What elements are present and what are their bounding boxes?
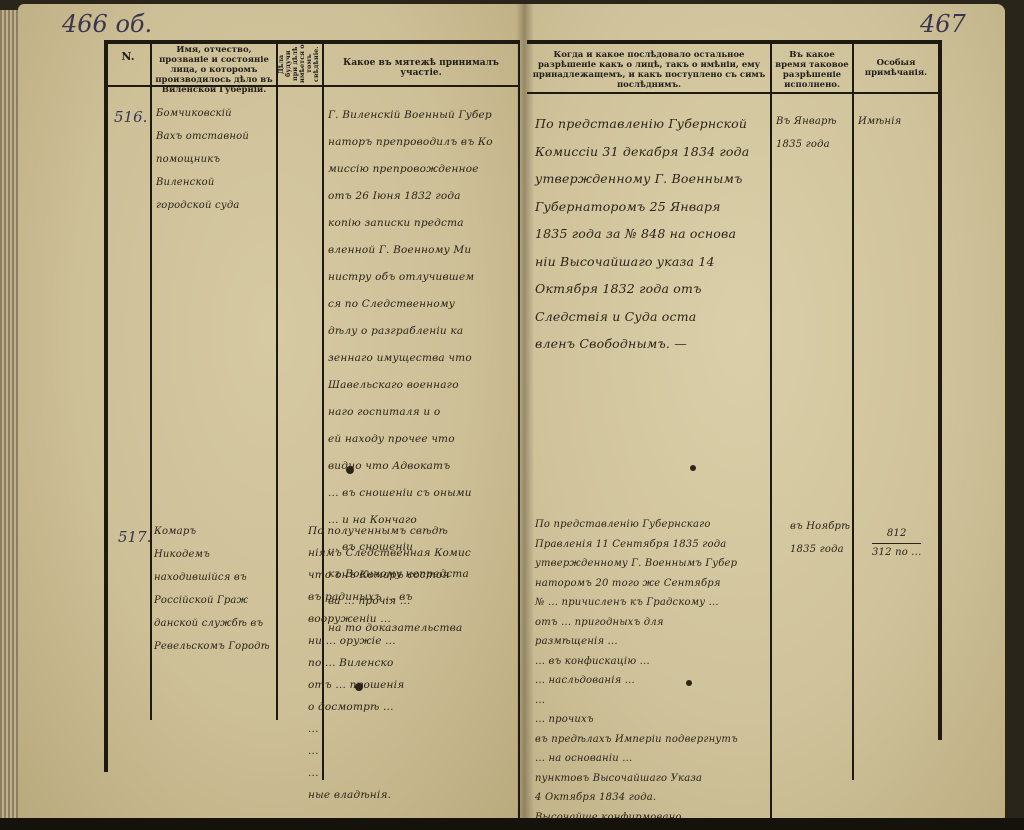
- text-line: ...: [308, 762, 471, 784]
- entry-name: Комаръ Никодемъ находившійся въ Россійск…: [154, 520, 270, 658]
- name-line: помощникъ: [156, 148, 249, 171]
- header-executed: Въ какое время таковое разрѣшеніе исполн…: [773, 50, 851, 90]
- header-participation: Какое въ мятежѣ принималъ участіе.: [326, 58, 516, 78]
- text-line: По представленію Губернской: [535, 110, 749, 138]
- text-line: По полученнымъ свѣдѣ: [308, 520, 471, 542]
- header-num: N.: [108, 52, 148, 62]
- col-divider-participation: [518, 40, 520, 830]
- left-page-number: 466 об.: [62, 10, 152, 38]
- ink-stain: [686, 680, 692, 686]
- table-right-border: [938, 40, 942, 740]
- text-line: вленной Г. Военному Ми: [328, 237, 493, 264]
- text-line: наторъ препроводилъ въ Ко: [328, 129, 493, 156]
- text-line: въ радиныхъ ... въ: [308, 586, 471, 608]
- table-top-rule-right: [527, 40, 942, 44]
- name-line: Ревельскомъ Городѣ: [154, 635, 270, 658]
- entry-number: 517.: [118, 528, 151, 546]
- text-line: Шавельскаго военнаго: [328, 372, 493, 399]
- entry-resolution: По представленію Губернской Комиссіи 31 …: [535, 110, 749, 358]
- text-line: по ... Виленско: [308, 652, 471, 674]
- text-line: 1835 года: [776, 133, 837, 156]
- text-line: въ предѣлахъ Имперіи подвергнутъ: [535, 730, 738, 750]
- entry-executed: въ Ноябрѣ 1835 года: [790, 515, 850, 561]
- col-divider-executed: [852, 40, 854, 780]
- text-line: зеннаго имущества что: [328, 345, 493, 372]
- text-line: наго госпиталя и о: [328, 399, 493, 426]
- entry-notes: Имѣнія: [858, 110, 901, 133]
- table-left-border: [104, 40, 108, 772]
- text-line: По представленію Губернскаго: [535, 515, 738, 535]
- text-line: утвержденному Г. Военнымъ Губер: [535, 554, 738, 574]
- text-line: Г. Виленскій Военный Губер: [328, 102, 493, 129]
- text-line: отъ ... прошенія: [308, 674, 471, 696]
- text-line: ...: [535, 691, 738, 711]
- entry-resolution: По представленію Губернскаго Правленія 1…: [535, 515, 738, 827]
- text-line: утвержденному Г. Военнымъ: [535, 165, 749, 193]
- ink-stain: [690, 465, 696, 471]
- name-line: данской службѣ въ: [154, 612, 270, 635]
- text-line: отъ 26 Іюня 1832 года: [328, 183, 493, 210]
- text-line: Следствія и Суда оста: [535, 303, 749, 331]
- fraction-denominator: 312 по ...: [872, 544, 921, 562]
- text-line: ... въ конфискацію ...: [535, 652, 738, 672]
- entry-number: 516.: [114, 108, 147, 126]
- text-line: дѣлу о разграбленіи ка: [328, 318, 493, 345]
- text-line: копію записки предста: [328, 210, 493, 237]
- text-line: Имѣнія: [858, 110, 901, 133]
- text-line: ніи Высочайшаго указа 14: [535, 248, 749, 276]
- text-line: вооруженіи ...: [308, 608, 471, 630]
- header-found: Дѣла будучи при дѣлѣ имѣется о томъ свѣд…: [278, 44, 320, 84]
- text-line: ни ... оружіе ...: [308, 630, 471, 652]
- text-line: нистру объ отлучившем: [328, 264, 493, 291]
- entry-executed: Въ Январѣ 1835 года: [776, 110, 837, 156]
- text-line: вленъ Свободнымъ. —: [535, 330, 749, 358]
- text-line: 1835 года за № 848 на основа: [535, 220, 749, 248]
- col-divider-resolution: [770, 40, 772, 830]
- text-line: Октября 1832 года отъ: [535, 275, 749, 303]
- ink-stain: [346, 466, 354, 474]
- ink-stain: [355, 683, 363, 691]
- header-name: Имя, отчество, прозваніе и состояніе лиц…: [153, 45, 275, 95]
- name-line: Россійской Граж: [154, 589, 270, 612]
- text-line: ... въ сношеніи съ оными: [328, 480, 493, 507]
- header-resolution: Когда и какое послѣдовало остальное разр…: [529, 50, 769, 90]
- text-line: Правленія 11 Сентября 1835 года: [535, 535, 738, 555]
- open-register-book: 466 об. 467 N. Имя, отчество, прозваніе …: [0, 0, 1024, 830]
- text-line: Въ Январѣ: [776, 110, 837, 133]
- name-line: Бомчиковскій: [156, 102, 249, 125]
- col-divider-num: [150, 40, 152, 720]
- text-line: ніямъ Следственная Комис: [308, 542, 471, 564]
- text-line: ные владѣнія.: [308, 784, 471, 806]
- name-line: Никодемъ: [154, 543, 270, 566]
- right-page-number: 467: [920, 10, 966, 38]
- entry-notes: 812 312 по ...: [872, 525, 921, 562]
- text-line: отъ ... пригодныхъ для: [535, 613, 738, 633]
- text-line: ... насльдованія ...: [535, 671, 738, 691]
- text-line: ся по Следственному: [328, 291, 493, 318]
- header-bottom-rule-right: [527, 92, 942, 94]
- text-line: размѣщенія ...: [535, 632, 738, 652]
- text-line: пунктовъ Высочайшаго Указа: [535, 769, 738, 789]
- name-line: городской суда: [156, 194, 249, 217]
- name-line: Виленской: [156, 171, 249, 194]
- text-line: Комиссіи 31 декабря 1834 года: [535, 138, 749, 166]
- text-line: 1835 года: [790, 538, 850, 561]
- text-line: № ... причисленъ къ Градскому ...: [535, 593, 738, 613]
- fraction-numerator: 812: [872, 525, 921, 544]
- text-line: миссію препровожденное: [328, 156, 493, 183]
- text-line: что онъ Комаръ состоя: [308, 564, 471, 586]
- entry-name: Бомчиковскій Вахъ отставной помощникъ Ви…: [156, 102, 249, 217]
- text-line: наторомъ 20 того же Сентября: [535, 574, 738, 594]
- entry-participation: По полученнымъ свѣдѣ ніямъ Следственная …: [308, 520, 471, 806]
- text-line: ... прочихъ: [535, 710, 738, 730]
- book-bottom-edge: [0, 818, 1024, 830]
- name-line: Вахъ отставной: [156, 125, 249, 148]
- name-line: Комаръ: [154, 520, 270, 543]
- text-line: ... на основаніи ...: [535, 749, 738, 769]
- text-line: Губернаторомъ 25 Января: [535, 193, 749, 221]
- name-line: находившійся въ: [154, 566, 270, 589]
- text-line: о досмотрѣ ...: [308, 696, 471, 718]
- text-line: ...: [308, 718, 471, 740]
- text-line: ...: [308, 740, 471, 762]
- text-line: въ Ноябрѣ: [790, 515, 850, 538]
- text-line: ей находу прочее что: [328, 426, 493, 453]
- text-line: 4 Октября 1834 года.: [535, 788, 738, 808]
- header-notes: Особыя примѣчанія.: [856, 58, 936, 78]
- col-divider-name: [276, 40, 278, 720]
